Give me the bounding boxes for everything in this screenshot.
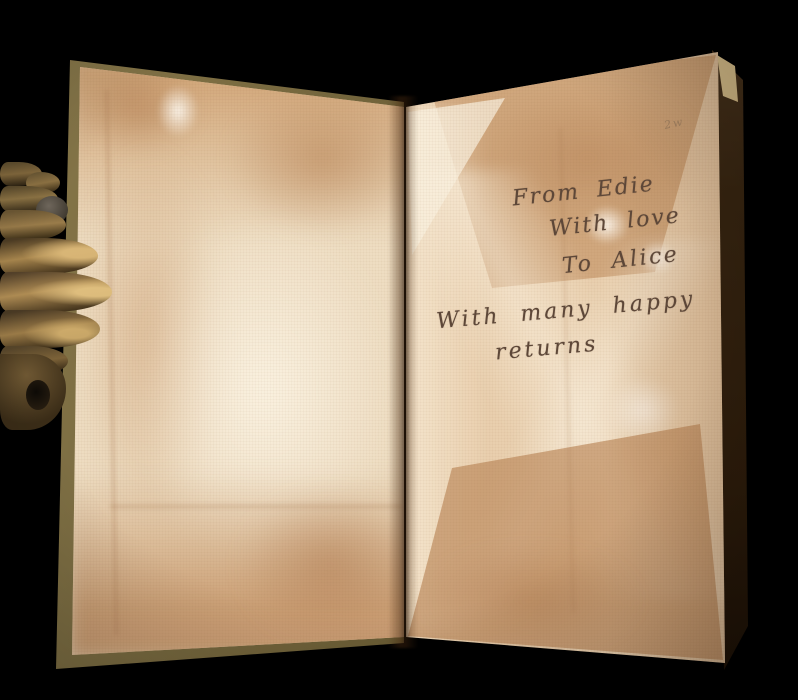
ornament-lobe bbox=[0, 238, 98, 274]
ornament-lobe bbox=[0, 272, 112, 312]
inscription-line-3: To Alice bbox=[561, 242, 680, 279]
ornament-lobe bbox=[0, 210, 66, 240]
inscription-line-4: With many happy bbox=[435, 287, 696, 335]
inscription-line-1: From Edie bbox=[511, 172, 656, 212]
gilded-hand-ornament bbox=[0, 158, 120, 450]
ornament-base bbox=[0, 354, 66, 430]
inscription-line-2: With love bbox=[548, 203, 682, 242]
photo-scene: From Edie With love To Alice With many h… bbox=[0, 0, 798, 700]
ornament-lobe bbox=[0, 310, 100, 348]
ornament-hole bbox=[26, 380, 50, 410]
inscription-line-5: returns bbox=[494, 332, 599, 366]
